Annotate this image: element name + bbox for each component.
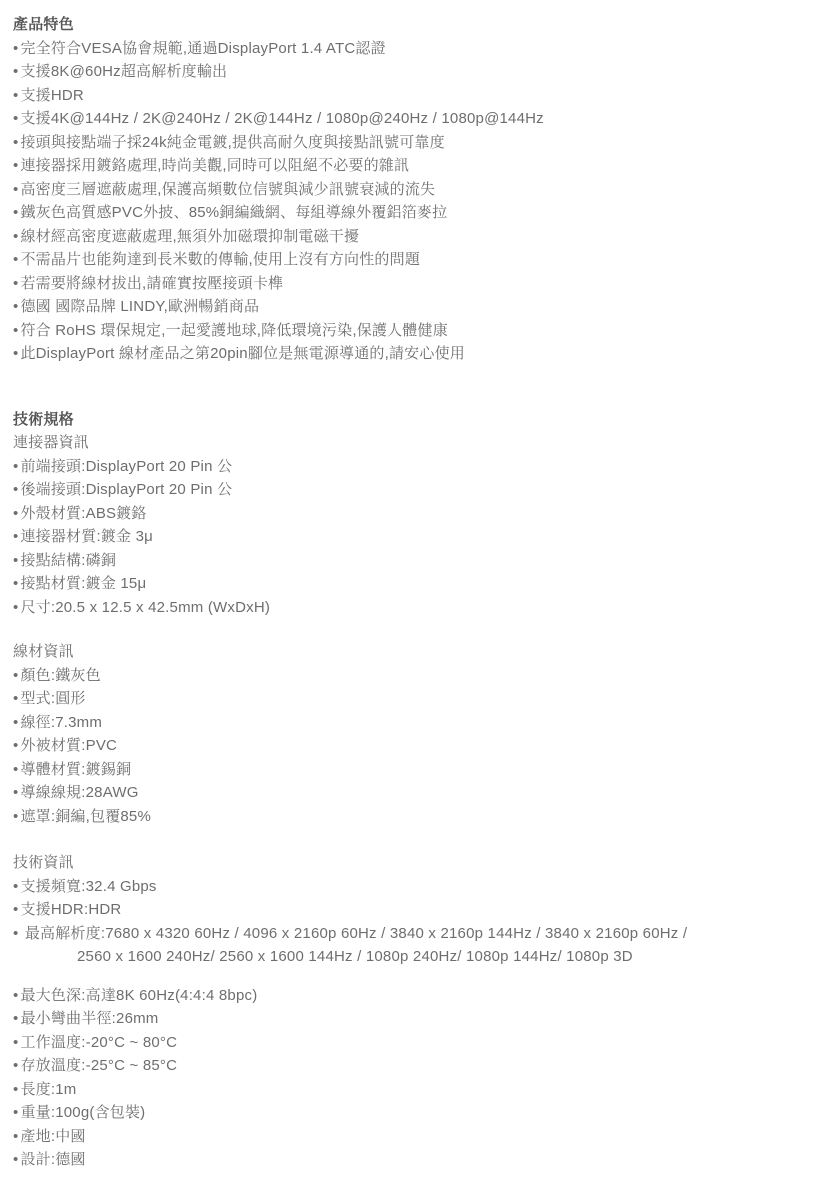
features-section: 產品特色 完全符合VESA協會規範,通過DisplayPort 1.4 ATC認… bbox=[13, 13, 816, 366]
feature-item: 線材經高密度遮蔽處理,無須外加磁環抑制電磁干擾 bbox=[13, 225, 816, 249]
connector-spec-item: 外殼材質:ABS鍍鉻 bbox=[13, 502, 816, 526]
connector-spec-item: 接點結構:磷銅 bbox=[13, 549, 816, 573]
technical-spec-item: 最大色深:高達8K 60Hz(4:4:4 8bpc) bbox=[13, 984, 816, 1008]
technical-spec-item: 支援HDR:HDR bbox=[13, 898, 816, 922]
technical-spec-item: 工作溫度:-20°C ~ 80°C bbox=[13, 1031, 816, 1055]
specs-section: 技術規格 連接器資訊 前端接頭:DisplayPort 20 Pin 公 後端接… bbox=[13, 408, 816, 1172]
features-heading: 產品特色 bbox=[13, 13, 816, 37]
cable-spec-item: 遮罩:銅編,包覆85% bbox=[13, 805, 816, 829]
feature-item: 支援4K@144Hz / 2K@240Hz / 2K@144Hz / 1080p… bbox=[13, 107, 816, 131]
feature-item: 支援8K@60Hz超高解析度輸出 bbox=[13, 60, 816, 84]
technical-spec-item: 重量:100g(含包裝) bbox=[13, 1101, 816, 1125]
cable-subheading: 線材資訊 bbox=[13, 640, 816, 664]
connector-spec-item: 尺寸:20.5 x 12.5 x 42.5mm (WxDxH) bbox=[13, 596, 816, 620]
feature-item: 德國 國際品牌 LINDY,歐洲暢銷商品 bbox=[13, 295, 816, 319]
feature-item: 不需晶片也能夠達到長米數的傳輸,使用上沒有方向性的問題 bbox=[13, 248, 816, 272]
connector-spec-item: 後端接頭:DisplayPort 20 Pin 公 bbox=[13, 478, 816, 502]
feature-item: 符合 RoHS 環保規定,一起愛護地球,降低環境污染,保護人體健康 bbox=[13, 319, 816, 343]
feature-item: 此DisplayPort 線材產品之第20pin腳位是無電源導通的,請安心使用 bbox=[13, 342, 816, 366]
cable-spec-item: 外被材質:PVC bbox=[13, 734, 816, 758]
feature-item: 連接器採用鍍鉻處理,時尚美觀,同時可以阻絕不必要的雜訊 bbox=[13, 154, 816, 178]
specs-heading: 技術規格 bbox=[13, 408, 816, 432]
feature-item: 接頭與接點端子採24k純金電鍍,提供高耐久度與接點訊號可靠度 bbox=[13, 131, 816, 155]
cable-spec-item: 導線線規:28AWG bbox=[13, 781, 816, 805]
resolution-line-2: 2560 x 1600 240Hz/ 2560 x 1600 144Hz / 1… bbox=[77, 945, 816, 969]
connector-spec-item: 前端接頭:DisplayPort 20 Pin 公 bbox=[13, 455, 816, 479]
feature-item: 完全符合VESA協會規範,通過DisplayPort 1.4 ATC認證 bbox=[13, 37, 816, 61]
cable-spec-item: 顏色:鐵灰色 bbox=[13, 664, 816, 688]
resolution-line-1: 最高解析度:7680 x 4320 60Hz / 4096 x 2160p 60… bbox=[25, 925, 687, 942]
cable-spec-item: 線徑:7.3mm bbox=[13, 711, 816, 735]
resolution-spec-item: 最高解析度:7680 x 4320 60Hz / 4096 x 2160p 60… bbox=[13, 922, 816, 969]
technical-spec-item: 設計:德國 bbox=[13, 1148, 816, 1172]
feature-item: 高密度三層遮蔽處理,保護高頻數位信號與減少訊號衰減的流失 bbox=[13, 178, 816, 202]
technical-spec-item: 最小彎曲半徑:26mm bbox=[13, 1007, 816, 1031]
technical-spec-item: 長度:1m bbox=[13, 1078, 816, 1102]
connector-subheading: 連接器資訊 bbox=[13, 431, 816, 455]
feature-item: 鐵灰色高質感PVC外披、85%銅編織網、每組導線外覆鋁箔麥拉 bbox=[13, 201, 816, 225]
product-spec-page: 產品特色 完全符合VESA協會規範,通過DisplayPort 1.4 ATC認… bbox=[0, 0, 830, 1192]
feature-item: 若需要將線材拔出,請確實按壓接頭卡榫 bbox=[13, 272, 816, 296]
technical-spec-item: 產地:中國 bbox=[13, 1125, 816, 1149]
cable-spec-item: 導體材質:鍍錫銅 bbox=[13, 758, 816, 782]
feature-item: 支援HDR bbox=[13, 84, 816, 108]
connector-spec-item: 連接器材質:鍍金 3μ bbox=[13, 525, 816, 549]
cable-spec-item: 型式:圓形 bbox=[13, 687, 816, 711]
connector-spec-item: 接點材質:鍍金 15μ bbox=[13, 572, 816, 596]
technical-subheading: 技術資訊 bbox=[13, 851, 816, 875]
technical-spec-item: 存放溫度:-25°C ~ 85°C bbox=[13, 1054, 816, 1078]
technical-spec-item: 支援頻寬:32.4 Gbps bbox=[13, 875, 816, 899]
